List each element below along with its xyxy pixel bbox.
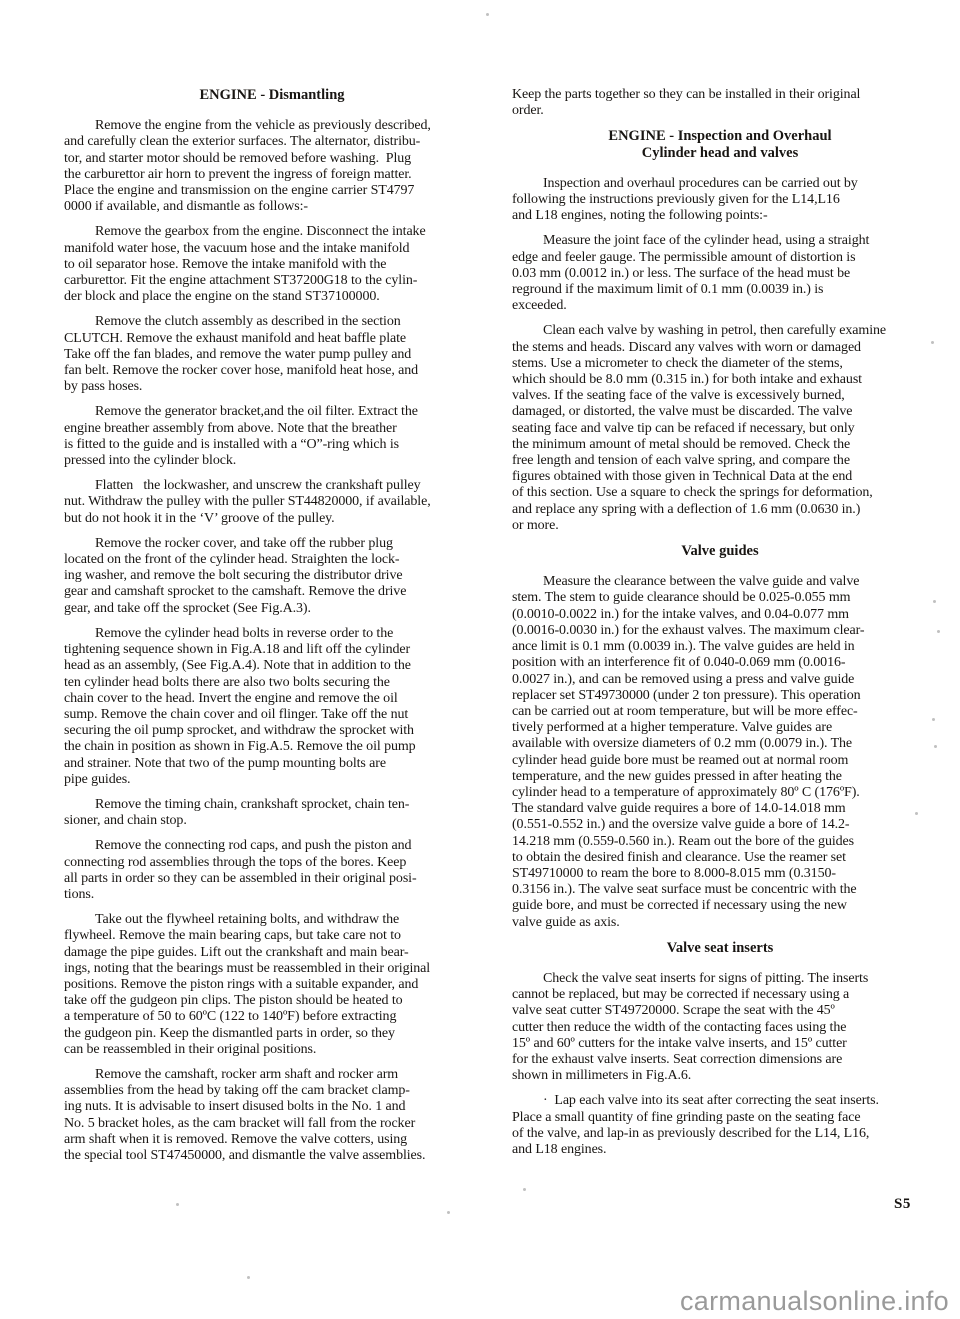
text-line: (0.0016-0.0030 in.) for the exhaust valv… xyxy=(512,623,928,639)
text-line: free length and tension of each valve sp… xyxy=(512,453,928,469)
text-line: carburettor. Fit the engine attachment S… xyxy=(64,273,480,289)
text-line: damaged, or distorted, the valve must be… xyxy=(512,404,928,420)
scan-speck xyxy=(523,1188,526,1191)
text-line: Keep the parts together so they can be i… xyxy=(512,87,928,103)
text-line: following the instructions previously gi… xyxy=(512,192,928,208)
text-line: can be reassembled in their original pos… xyxy=(64,1042,480,1058)
text-line: ten cylinder head bolts there are also t… xyxy=(64,675,480,691)
text-line: can be carried out at room temperature, … xyxy=(512,704,928,720)
text-line: exceeded. xyxy=(512,298,928,314)
heading-line: ENGINE - Dismantling xyxy=(64,87,480,103)
paragraph: Remove the gearbox from the engine. Disc… xyxy=(64,224,480,305)
text-line: and replace any spring with a deflection… xyxy=(512,502,928,518)
text-line: The standard valve guide requires a bore… xyxy=(512,801,928,817)
text-line: shown in millimeters in Fig.A.6. xyxy=(512,1068,928,1084)
text-line: Remove the generator bracket,and the oil… xyxy=(64,404,480,420)
text-line: of this section. Use a square to check t… xyxy=(512,485,928,501)
text-line: (0.0010-0.0022 in.) for the intake valve… xyxy=(512,607,928,623)
text-line: gear and camshaft sprocket to the camsha… xyxy=(64,584,480,600)
text-line: ing nuts. It is advisable to insert disu… xyxy=(64,1099,480,1115)
text-line: the stems and heads. Discard any valves … xyxy=(512,340,928,356)
scan-speck xyxy=(934,745,937,748)
text-line: 15º and 60º cutters for the intake valve… xyxy=(512,1036,928,1052)
section-heading: Valve guides xyxy=(512,543,928,559)
text-line: cannot be replaced, but may be corrected… xyxy=(512,987,928,1003)
text-line: Measure the clearance between the valve … xyxy=(512,574,928,590)
text-line: sump. Remove the chain cover and oil fli… xyxy=(64,707,480,723)
text-line: of the valve, and lap-in as previously d… xyxy=(512,1126,928,1142)
text-line: fan belt. Remove the rocker cover hose, … xyxy=(64,363,480,379)
text-line: and carefully clean the exterior surface… xyxy=(64,134,480,150)
paragraph: Remove the connecting rod caps, and push… xyxy=(64,838,480,903)
text-line: stems. Use a micrometer to check the dia… xyxy=(512,356,928,372)
text-line: ance limit is 0.1 mm (0.0039 in.). The v… xyxy=(512,639,928,655)
paragraph: Clean each valve by washing in petrol, t… xyxy=(512,323,928,534)
text-line: figures obtained with those given in Tec… xyxy=(512,469,928,485)
text-line: Remove the cylinder head bolts in revers… xyxy=(64,626,480,642)
paragraph: Measure the joint face of the cylinder h… xyxy=(512,233,928,314)
scan-speck xyxy=(931,341,934,344)
text-line: cylinder head to a temperature of approx… xyxy=(512,785,928,801)
paragraph: Check the valve seat inserts for signs o… xyxy=(512,971,928,1084)
text-line: arm shaft when it is removed. Remove the… xyxy=(64,1132,480,1148)
text-line: ST49710000 to ream the bore to 8.000-8.0… xyxy=(512,866,928,882)
text-line: 14.218 mm (0.559-0.560 in.). Ream out th… xyxy=(512,834,928,850)
section-heading: Valve seat inserts xyxy=(512,940,928,956)
text-line: valve guide as axis. xyxy=(512,915,928,931)
heading-line: Valve guides xyxy=(512,543,928,559)
text-line: guide bore, and must be corrected if nec… xyxy=(512,898,928,914)
text-line: tor, and starter motor should be removed… xyxy=(64,151,480,167)
text-line: available with oversize diameters of 0.2… xyxy=(512,736,928,752)
scan-speck xyxy=(447,1211,450,1214)
section-heading: ENGINE - Inspection and OverhaulCylinder… xyxy=(512,128,928,160)
text-line: No. 5 bracket holes, as the cam bracket … xyxy=(64,1116,480,1132)
text-line: Remove the gearbox from the engine. Disc… xyxy=(64,224,480,240)
text-line: all parts in order so they can be assemb… xyxy=(64,871,480,887)
scan-speck xyxy=(247,1276,250,1279)
paragraph: Inspection and overhaul procedures can b… xyxy=(512,176,928,225)
paragraph: Remove the camshaft, rocker arm shaft an… xyxy=(64,1067,480,1164)
text-line: which should be 8.0 mm (0.315 in.) for b… xyxy=(512,372,928,388)
text-line: is fitted to the guide and is installed … xyxy=(64,437,480,453)
text-line: der block and place the engine on the st… xyxy=(64,289,480,305)
text-line: 0.03 mm (0.0012 in.) or less. The surfac… xyxy=(512,266,928,282)
text-line: tightening sequence shown in Fig.A.18 an… xyxy=(64,642,480,658)
scan-speck xyxy=(932,718,935,721)
text-line: · Lap each valve into its seat after cor… xyxy=(512,1093,928,1109)
text-line: pressed into the cylinder block. xyxy=(64,453,480,469)
text-line: Take out the flywheel retaining bolts, a… xyxy=(64,912,480,928)
text-line: for the exhaust valve inserts. Seat corr… xyxy=(512,1052,928,1068)
text-line: CLUTCH. Remove the exhaust manifold and … xyxy=(64,331,480,347)
text-line: engine breather assembly from above. Not… xyxy=(64,421,480,437)
text-line: Remove the connecting rod caps, and push… xyxy=(64,838,480,854)
text-line: to oil separator hose. Remove the intake… xyxy=(64,257,480,273)
text-line: sioner, and chain stop. xyxy=(64,813,480,829)
text-line: Remove the camshaft, rocker arm shaft an… xyxy=(64,1067,480,1083)
text-line: connecting rod assemblies through the to… xyxy=(64,855,480,871)
heading-line: Cylinder head and valves xyxy=(512,145,928,161)
paragraph: Keep the parts together so they can be i… xyxy=(512,87,928,119)
text-line: position with an interference fit of 0.0… xyxy=(512,655,928,671)
text-line: stem. The stem to guide clearance should… xyxy=(512,590,928,606)
paragraph: Remove the rocker cover, and take off th… xyxy=(64,536,480,617)
text-line: chain cover to the head. Invert the engi… xyxy=(64,691,480,707)
scan-speck xyxy=(937,630,940,633)
paragraph: Remove the engine from the vehicle as pr… xyxy=(64,118,480,215)
text-line: assemblies from the head by taking off t… xyxy=(64,1083,480,1099)
manual-page: ENGINE - DismantlingRemove the engine fr… xyxy=(0,0,960,1319)
paragraph: Remove the cylinder head bolts in revers… xyxy=(64,626,480,788)
text-line: take off the gudgeon pin clips. The pist… xyxy=(64,993,480,1009)
text-line: Place a small quantity of fine grinding … xyxy=(512,1110,928,1126)
paragraph: · Lap each valve into its seat after cor… xyxy=(512,1093,928,1158)
text-line: the carburettor air horn to prevent the … xyxy=(64,167,480,183)
text-line: valve seat cutter ST49720000. Scrape the… xyxy=(512,1003,928,1019)
text-line: 0000 if available, and dismantle as foll… xyxy=(64,199,480,215)
text-line: tively performed at a higher temperature… xyxy=(512,720,928,736)
text-line: head as an assembly, (See Fig.A.4). Note… xyxy=(64,658,480,674)
text-line: pipe guides. xyxy=(64,772,480,788)
text-line: or more. xyxy=(512,518,928,534)
text-line: temperature, and the new guides pressed … xyxy=(512,769,928,785)
text-line: the special tool ST47450000, and dismant… xyxy=(64,1148,480,1164)
scan-speck xyxy=(176,1203,179,1206)
text-line: Flatten the lockwasher, and unscrew the … xyxy=(64,478,480,494)
text-line: Remove the engine from the vehicle as pr… xyxy=(64,118,480,134)
text-line: securing the oil pump sprocket, and with… xyxy=(64,723,480,739)
text-line: cutter then reduce the width of the cont… xyxy=(512,1020,928,1036)
text-line: Remove the clutch assembly as described … xyxy=(64,314,480,330)
text-line: a temperature of 50 to 60ºC (122 to 140º… xyxy=(64,1009,480,1025)
text-line: Take off the fan blades, and remove the … xyxy=(64,347,480,363)
text-line: Inspection and overhaul procedures can b… xyxy=(512,176,928,192)
section-heading: ENGINE - Dismantling xyxy=(64,87,480,103)
text-line: and L18 engines, noting the following po… xyxy=(512,208,928,224)
text-line: Remove the timing chain, crankshaft spro… xyxy=(64,797,480,813)
text-line: and L18 engines. xyxy=(512,1142,928,1158)
text-line: 0.0027 in.), and can be removed using a … xyxy=(512,672,928,688)
watermark: carmanualsonline.info xyxy=(680,1286,949,1317)
text-line: manifold water hose, the vacuum hose and… xyxy=(64,241,480,257)
text-line: ing washer, and remove the bolt securing… xyxy=(64,568,480,584)
text-line: flywheel. Remove the main bearing caps, … xyxy=(64,928,480,944)
text-line: and strainer. Note that two of the pump … xyxy=(64,756,480,772)
paragraph: Remove the timing chain, crankshaft spro… xyxy=(64,797,480,829)
text-line: nut. Withdraw the pulley with the puller… xyxy=(64,494,480,510)
text-line: edge and feeler gauge. The permissible a… xyxy=(512,250,928,266)
text-line: to obtain the desired finish and clearan… xyxy=(512,850,928,866)
scan-speck xyxy=(486,13,489,16)
text-line: by pass hoses. xyxy=(64,379,480,395)
text-line: damage the pipe guides. Lift out the cra… xyxy=(64,945,480,961)
text-line: (0.551-0.552 in.) and the oversize valve… xyxy=(512,817,928,833)
text-line: cylinder head guide bore must be reamed … xyxy=(512,753,928,769)
page-number: S5 xyxy=(894,1196,911,1213)
text-line: replacer set ST49730000 (under 2 ton pre… xyxy=(512,688,928,704)
text-line: gear, and take off the sprocket (See Fig… xyxy=(64,601,480,617)
scan-speck xyxy=(933,600,936,603)
text-line: seating face and valve tip can be reface… xyxy=(512,421,928,437)
text-line: Clean each valve by washing in petrol, t… xyxy=(512,323,928,339)
text-line: located on the front of the cylinder hea… xyxy=(64,552,480,568)
text-line: 0.3156 in.). The valve seat surface must… xyxy=(512,882,928,898)
paragraph: Remove the generator bracket,and the oil… xyxy=(64,404,480,469)
text-line: Measure the joint face of the cylinder h… xyxy=(512,233,928,249)
paragraph: Remove the clutch assembly as described … xyxy=(64,314,480,395)
text-line: order. xyxy=(512,103,928,119)
text-line: the minimum amount of metal should be re… xyxy=(512,437,928,453)
paragraph: Flatten the lockwasher, and unscrew the … xyxy=(64,478,480,527)
text-line: Remove the rocker cover, and take off th… xyxy=(64,536,480,552)
text-line: reground if the maximum limit of 0.1 mm … xyxy=(512,282,928,298)
text-line: valves. If the seating face of the valve… xyxy=(512,388,928,404)
text-line: the gudgeon pin. Keep the dismantled par… xyxy=(64,1026,480,1042)
paragraph: Measure the clearance between the valve … xyxy=(512,574,928,930)
text-line: Check the valve seat inserts for signs o… xyxy=(512,971,928,987)
heading-line: Valve seat inserts xyxy=(512,940,928,956)
text-line: positions. Remove the piston rings with … xyxy=(64,977,480,993)
text-line: but do not hook it in the ‘V’ groove of … xyxy=(64,511,480,527)
right-column: Keep the parts together so they can be i… xyxy=(512,87,928,1167)
text-line: ings, noting that the bearings must be r… xyxy=(64,961,480,977)
text-line: the chain in position as shown in Fig.A.… xyxy=(64,739,480,755)
left-column: ENGINE - DismantlingRemove the engine fr… xyxy=(64,87,480,1173)
text-line: Place the engine and transmission on the… xyxy=(64,183,480,199)
text-line: tions. xyxy=(64,887,480,903)
paragraph: Take out the flywheel retaining bolts, a… xyxy=(64,912,480,1058)
heading-line: ENGINE - Inspection and Overhaul xyxy=(512,128,928,144)
scan-speck xyxy=(915,812,918,815)
